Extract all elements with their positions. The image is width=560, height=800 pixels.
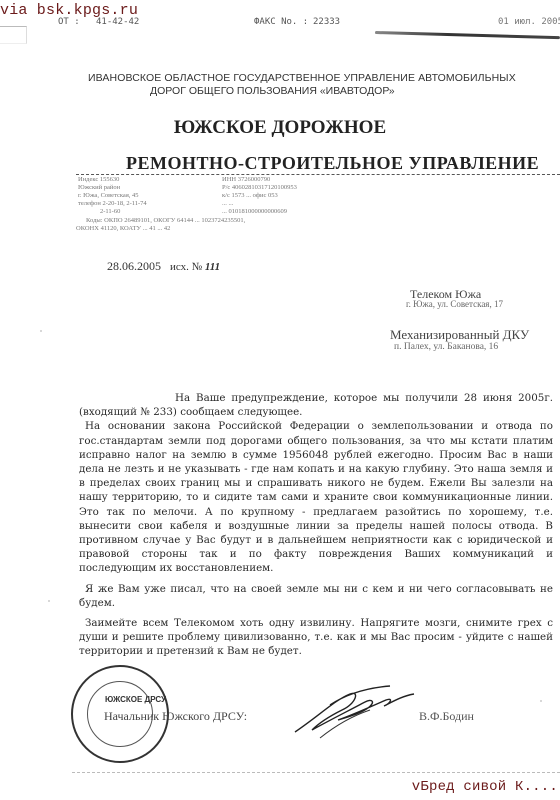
requisites-left: Индекс 155630 Южский район г. Южа, Совет… bbox=[78, 176, 147, 216]
addressee-2-name: Механизированный ДКУ bbox=[390, 327, 529, 343]
requisite-line: к/с 1573 ... офис 053 bbox=[222, 192, 297, 200]
signatory-name: В.Ф.Бодин bbox=[419, 709, 474, 724]
scan-speck bbox=[48, 600, 50, 602]
document-date-line: 28.06.2005 исх. № 111 bbox=[107, 259, 220, 274]
addressee-2-address: п. Палех, ул. Баканова, 16 bbox=[394, 342, 498, 352]
requisite-line: 2-11-60 bbox=[78, 208, 147, 216]
outgoing-value: 111 bbox=[205, 261, 220, 273]
requisite-line: ... 010181000000000609 bbox=[222, 208, 297, 216]
org-name-line1: ИВАНОВСКОЕ ОБЛАСТНОЕ ГОСУДАРСТВЕННОЕ УПР… bbox=[88, 72, 558, 84]
fax-from-label: ОТ : bbox=[58, 17, 80, 27]
letterhead-title-line1: ЮЖСКОЕ ДОРОЖНОЕ bbox=[0, 117, 560, 139]
watermark-bottom: vБред сивой К.... bbox=[412, 779, 558, 795]
page-edge-box bbox=[0, 26, 27, 44]
addressee-1-address: г. Южа, ул. Советская, 17 bbox=[406, 299, 503, 309]
requisites-codes: Коды: ОКПО 26489101, ОКОГУ 64144 ... 102… bbox=[76, 217, 245, 233]
fax-number-value: 22333 bbox=[313, 17, 340, 27]
requisite-line: Южский район bbox=[78, 184, 147, 192]
scan-speck bbox=[540, 700, 542, 702]
fax-number-label: ФАКС No. : bbox=[254, 17, 308, 27]
scan-speck bbox=[40, 330, 42, 332]
requisite-line: телефон 2-20-18, 2-11-74 bbox=[78, 200, 147, 208]
paragraph-reminder: Я же Вам уже писал, что на своей земле м… bbox=[79, 582, 553, 610]
requisite-line: Коды: ОКПО 26489101, ОКОГУ 64144 ... 102… bbox=[76, 217, 245, 225]
requisite-line: ОКОНХ 41120, КОАТУ ... 41 ... 42 bbox=[76, 225, 245, 233]
fax-scan-stroke bbox=[375, 31, 560, 39]
requisite-line: г. Южа, Советская, 45 bbox=[78, 192, 147, 200]
requisite-line: ... ... bbox=[222, 200, 297, 208]
org-name-line2: ДОРОГ ОБЩЕГО ПОЛЬЗОВАНИЯ «ИВАВТОДОР» bbox=[150, 85, 395, 97]
requisites-right: ИНН 3726000790 Р/с 40602810317120100953 … bbox=[222, 176, 297, 216]
requisite-line: Индекс 155630 bbox=[78, 176, 147, 184]
stamp-text: ЮЖСКОЕ ДРСУ bbox=[105, 695, 166, 704]
fax-datetime: 01 июл. 2005 10:10 bbox=[498, 17, 560, 27]
paragraph-intro: На Ваше предупреждение, которое мы получ… bbox=[79, 391, 553, 419]
letter-body: На Ваше предупреждение, которое мы получ… bbox=[79, 391, 553, 659]
paragraph-demand: Заимейте всем Телекомом хоть одну извили… bbox=[79, 616, 553, 659]
fax-from-value: 41-42-42 bbox=[96, 17, 139, 27]
letterhead-divider bbox=[76, 174, 560, 176]
requisite-line: Р/с 40602810317120100953 bbox=[222, 184, 297, 192]
requisite-line: ИНН 3726000790 bbox=[222, 176, 297, 184]
letterhead-title-line2: РЕМОНТНО-СТРОИТЕЛЬНОЕ УПРАВЛЕНИЕ bbox=[126, 153, 539, 174]
document-date: 28.06.2005 bbox=[107, 259, 161, 273]
paragraph-main: На основании закона Российской Федерации… bbox=[79, 419, 553, 575]
fax-header: ОТ : 41-42-42 ФАКС No. : 22333 01 июл. 2… bbox=[58, 17, 560, 31]
signature-icon bbox=[290, 680, 420, 740]
outgoing-number: исх. № 111 bbox=[170, 261, 220, 273]
page-bottom-edge bbox=[72, 772, 560, 774]
signatory-role: Начальник Южского ДРСУ: bbox=[104, 709, 247, 724]
outgoing-label: исх. № bbox=[170, 261, 202, 273]
